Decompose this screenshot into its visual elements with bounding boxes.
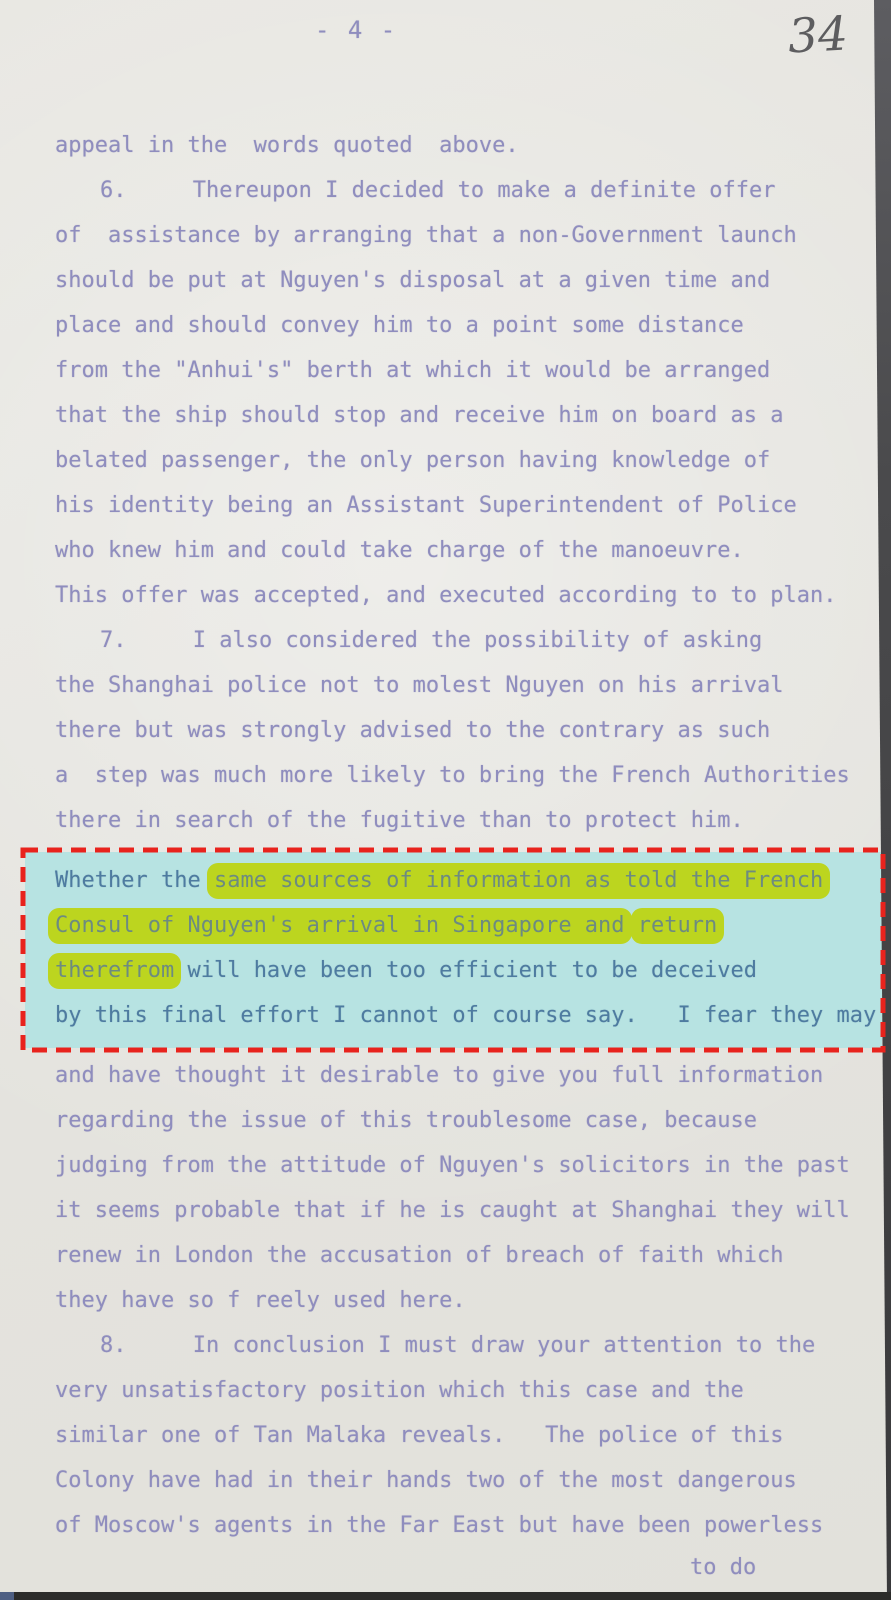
text-line: who knew him and could take charge of th…	[55, 536, 744, 566]
text-line: judging from the attitude of Nguyen's so…	[55, 1151, 850, 1181]
text-segment: there in search of the fugitive than to …	[55, 808, 744, 833]
text-line: his identity being an Assistant Superint…	[55, 491, 797, 521]
text-segment: This offer was accepted, and executed ac…	[55, 583, 836, 608]
text-segment: appeal in the words quoted above.	[55, 133, 519, 158]
text-segment: that the ship should stop and receive hi…	[55, 403, 783, 428]
text-segment: renew in London the accusation of breach…	[55, 1243, 783, 1268]
text-segment: they have so f reely used here.	[55, 1288, 466, 1313]
text-segment: Colony have had in their hands two of th…	[55, 1468, 797, 1493]
text-line: that the ship should stop and receive hi…	[55, 401, 783, 431]
text-segment: a step was much more likely to bring the…	[55, 763, 850, 788]
text-line: 7. I also considered the possibility of …	[100, 626, 762, 656]
document-page: - 4 - 34 appeal in the words quoted abov…	[0, 0, 891, 1600]
text-segment: should be put at Nguyen's disposal at a …	[55, 268, 770, 293]
text-segment: Whether the	[55, 868, 214, 893]
text-segment: there but was strongly advised to the co…	[55, 718, 770, 743]
text-line: and have thought it desirable to give yo…	[55, 1061, 823, 1091]
text-segment: of Moscow's agents in the Far East but h…	[55, 1513, 823, 1538]
text-segment: his identity being an Assistant Superint…	[55, 493, 797, 518]
text-segment: similar one of Tan Malaka reveals. The p…	[55, 1423, 783, 1448]
text-line: they have so f reely used here.	[55, 1286, 466, 1316]
text-segment: to do	[690, 1555, 756, 1580]
yellow-highlight: therefrom	[48, 953, 181, 989]
text-segment: 6. Thereupon I decided to make a definit…	[100, 178, 776, 203]
text-line: the Shanghai police not to molest Nguyen…	[55, 671, 783, 701]
text-line: place and should convey him to a point s…	[55, 311, 744, 341]
text-line: 6. Thereupon I decided to make a definit…	[100, 176, 776, 206]
text-segment: it seems probable that if he is caught a…	[55, 1198, 850, 1223]
text-line: Whether the same sources of information …	[55, 866, 823, 896]
typewritten-text-body: appeal in the words quoted above.6. Ther…	[0, 0, 891, 1600]
text-line: of assistance by arranging that a non-Go…	[55, 221, 797, 251]
text-segment: very unsatisfactory position which this …	[55, 1378, 744, 1403]
text-line: appeal in the words quoted above.	[55, 131, 519, 161]
text-line: from the "Anhui's" berth at which it wou…	[55, 356, 770, 386]
text-line: Consul of Nguyen's arrival in Singapore …	[55, 911, 717, 941]
text-segment: will have been too efficient to be decei…	[174, 958, 757, 983]
text-line: renew in London the accusation of breach…	[55, 1241, 783, 1271]
yellow-highlight: return	[631, 908, 724, 944]
text-line: to do	[690, 1553, 756, 1583]
text-segment: regarding the issue of this troublesome …	[55, 1108, 757, 1133]
text-segment: of assistance by arranging that a non-Go…	[55, 223, 797, 248]
yellow-highlight: Consul of Nguyen's arrival in Singapore …	[48, 908, 632, 944]
text-segment: who knew him and could take charge of th…	[55, 538, 744, 563]
text-line: there but was strongly advised to the co…	[55, 716, 770, 746]
text-line: belated passenger, the only person havin…	[55, 446, 770, 476]
text-line: similar one of Tan Malaka reveals. The p…	[55, 1421, 783, 1451]
text-line: 8. In conclusion I must draw your attent…	[100, 1331, 815, 1361]
text-segment: 7. I also considered the possibility of …	[100, 628, 762, 653]
text-line: should be put at Nguyen's disposal at a …	[55, 266, 770, 296]
text-segment: 8. In conclusion I must draw your attent…	[100, 1333, 815, 1358]
text-line: of Moscow's agents in the Far East but h…	[55, 1511, 823, 1541]
text-line: therefrom will have been too efficient t…	[55, 956, 757, 986]
text-segment: by this final effort I cannot of course …	[55, 1003, 876, 1028]
text-line: by this final effort I cannot of course …	[55, 1001, 876, 1031]
text-line: Colony have had in their hands two of th…	[55, 1466, 797, 1496]
text-segment: the Shanghai police not to molest Nguyen…	[55, 673, 783, 698]
text-line: very unsatisfactory position which this …	[55, 1376, 744, 1406]
text-segment: place and should convey him to a point s…	[55, 313, 744, 338]
text-line: This offer was accepted, and executed ac…	[55, 581, 836, 611]
text-segment: judging from the attitude of Nguyen's so…	[55, 1153, 850, 1178]
text-segment: and have thought it desirable to give yo…	[55, 1063, 823, 1088]
yellow-highlight: same sources of information as told the …	[207, 863, 830, 899]
text-segment: from the "Anhui's" berth at which it wou…	[55, 358, 770, 383]
text-segment: belated passenger, the only person havin…	[55, 448, 770, 473]
text-line: regarding the issue of this troublesome …	[55, 1106, 757, 1136]
text-line: it seems probable that if he is caught a…	[55, 1196, 850, 1226]
text-line: a step was much more likely to bring the…	[55, 761, 850, 791]
text-line: there in search of the fugitive than to …	[55, 806, 744, 836]
